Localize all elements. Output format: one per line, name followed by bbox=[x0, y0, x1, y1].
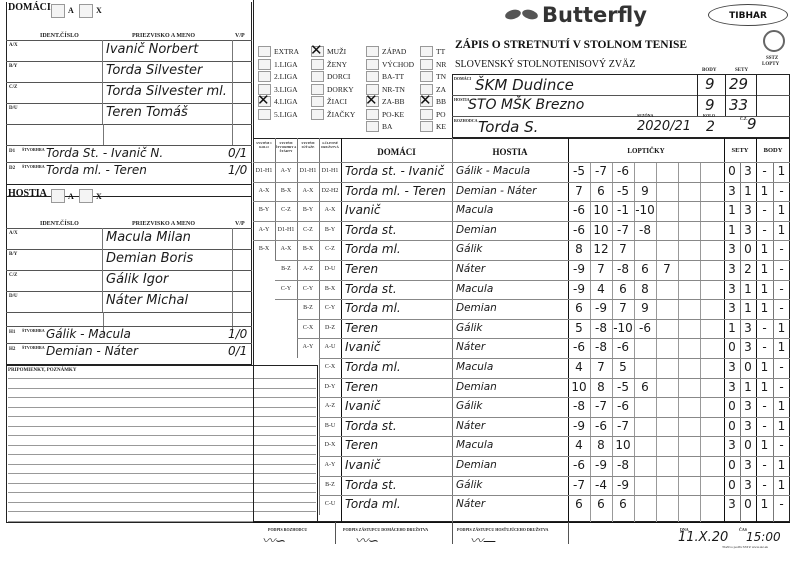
set-score[interactable]: -6 bbox=[612, 399, 634, 413]
away-player[interactable]: Demian bbox=[456, 459, 497, 471]
category-checkbox[interactable] bbox=[420, 71, 433, 82]
home-sets[interactable]: 0 bbox=[724, 419, 740, 433]
category-checkbox[interactable]: ✕ bbox=[258, 96, 271, 107]
home-sets[interactable]: 1 bbox=[724, 203, 740, 217]
away-sets[interactable]: 1 bbox=[740, 184, 756, 198]
away-sets[interactable]: 3 bbox=[740, 478, 756, 492]
home-point[interactable]: - bbox=[756, 419, 773, 433]
home-player[interactable]: Torda st. bbox=[345, 282, 397, 296]
home-sets[interactable]: 0 bbox=[724, 478, 740, 492]
form-subtitle: SLOVENSKÝ STOLNOTENISOVÝ ZVÄZ bbox=[455, 59, 635, 70]
category-checkbox[interactable] bbox=[258, 109, 271, 120]
home-sets[interactable]: 3 bbox=[724, 497, 740, 511]
category-checkbox[interactable] bbox=[366, 46, 379, 57]
set-score[interactable]: 10 bbox=[568, 380, 590, 394]
home-sets[interactable]: 0 bbox=[724, 340, 740, 354]
away-player[interactable]: Náter bbox=[456, 263, 485, 275]
doubles-result[interactable]: 1/0 bbox=[228, 327, 247, 341]
home-sets[interactable]: 0 bbox=[724, 458, 740, 472]
away-rep-signature[interactable]: 〰— bbox=[470, 530, 496, 549]
category-checkbox[interactable] bbox=[311, 84, 324, 95]
set-score[interactable]: 5 bbox=[568, 321, 590, 335]
away-sets[interactable]: 2 bbox=[740, 262, 756, 276]
home-player[interactable]: Torda ml. - Teren bbox=[345, 184, 446, 198]
system-pairing: C-Z bbox=[297, 227, 319, 233]
away-point[interactable]: 1 bbox=[773, 321, 790, 335]
home-point[interactable]: - bbox=[756, 203, 773, 217]
game-row: A-XB-XA-XD2-H2Torda ml. - TerenDemian - … bbox=[253, 182, 790, 202]
doubles-position: D2 bbox=[9, 166, 15, 171]
category-checkbox[interactable] bbox=[311, 96, 324, 107]
set-score[interactable]: 7 bbox=[590, 262, 612, 276]
set-score[interactable]: 7 bbox=[612, 242, 634, 256]
home-player[interactable]: Ivanič bbox=[345, 340, 381, 354]
category-checkbox[interactable] bbox=[366, 59, 379, 70]
away-player[interactable]: Gálik bbox=[456, 243, 483, 255]
home-team-label: DOMÁCI bbox=[454, 76, 471, 81]
player-name[interactable]: Demian Boris bbox=[106, 251, 193, 266]
home-option-x-label: X bbox=[96, 6, 102, 15]
divider bbox=[335, 522, 336, 544]
away-player[interactable]: Gálik bbox=[456, 322, 483, 334]
set-score[interactable]: -6 bbox=[612, 164, 634, 178]
system-pairing: D-Z bbox=[319, 325, 341, 331]
home-sets[interactable]: 3 bbox=[724, 262, 740, 276]
away-point[interactable]: - bbox=[773, 438, 790, 452]
date-value[interactable]: 11.X.20 bbox=[678, 530, 728, 545]
home-player[interactable]: Teren bbox=[345, 321, 378, 335]
away-sets[interactable]: 3 bbox=[740, 203, 756, 217]
home-sets[interactable]: 1 bbox=[724, 321, 740, 335]
category-label: 5.LIGA bbox=[274, 110, 298, 119]
home-sets[interactable]: 3 bbox=[724, 242, 740, 256]
set-score[interactable]: 9 bbox=[634, 184, 656, 198]
ident-number-field[interactable] bbox=[6, 249, 103, 270]
category-label: ZA bbox=[436, 85, 446, 94]
home-player[interactable]: Torda ml. bbox=[345, 242, 401, 256]
home-sets[interactable]: 0 bbox=[724, 399, 740, 413]
home-player-row: C/ZTorda Silvester ml. bbox=[6, 82, 252, 103]
set-score[interactable]: 6 bbox=[568, 301, 590, 315]
set-score[interactable]: 8 bbox=[590, 380, 612, 394]
category-checkbox[interactable]: ✕ bbox=[420, 96, 433, 107]
doubles-result[interactable]: 0/1 bbox=[228, 344, 247, 358]
home-sets[interactable]: 3 bbox=[724, 438, 740, 452]
home-sets[interactable]: 1 bbox=[724, 223, 740, 237]
set-score[interactable]: 4 bbox=[568, 360, 590, 374]
home-option-x-checkbox[interactable] bbox=[79, 4, 93, 18]
home-point[interactable]: 1 bbox=[756, 242, 773, 256]
away-player[interactable]: Gálik - Macula bbox=[456, 165, 530, 177]
set-score[interactable]: -7 bbox=[612, 419, 634, 433]
season-value[interactable]: 2020/21 bbox=[637, 119, 691, 134]
set-score[interactable]: 6 bbox=[634, 262, 656, 276]
away-point[interactable]: - bbox=[773, 184, 790, 198]
home-option-a-checkbox[interactable] bbox=[51, 4, 65, 18]
category-checkbox[interactable] bbox=[366, 109, 379, 120]
set-score[interactable]: 6 bbox=[612, 282, 634, 296]
home-body[interactable]: 9 bbox=[705, 75, 715, 93]
home-player[interactable]: Ivanič bbox=[345, 203, 381, 217]
set-score[interactable]: 9 bbox=[634, 301, 656, 315]
system-pairing: C-Y bbox=[319, 305, 341, 311]
category-label: 2.LIGA bbox=[274, 72, 298, 81]
brand-secondary: TIBHAR bbox=[729, 11, 767, 21]
home-point[interactable]: 1 bbox=[756, 282, 773, 296]
divider bbox=[725, 74, 726, 116]
set-score[interactable]: -10 bbox=[612, 321, 634, 335]
home-team-name[interactable]: ŠKM Dudince bbox=[475, 76, 574, 94]
category-checkbox[interactable] bbox=[311, 109, 324, 120]
game-row: D1-H1A-YD1-H1D1-H1Torda st. - IvaničGáli… bbox=[253, 162, 790, 182]
away-player[interactable]: Gálik bbox=[456, 400, 483, 412]
home-point[interactable]: 1 bbox=[756, 262, 773, 276]
divider bbox=[232, 124, 233, 145]
set-score[interactable]: -6 bbox=[590, 419, 612, 433]
ident-number-field[interactable] bbox=[6, 82, 103, 103]
set-score[interactable]: -6 bbox=[568, 203, 590, 217]
category-checkbox[interactable]: ✕ bbox=[311, 46, 324, 57]
set-score[interactable]: 6 bbox=[634, 380, 656, 394]
system-pairing: A-Z bbox=[319, 403, 341, 409]
set-score[interactable]: -9 bbox=[568, 419, 590, 433]
set-score[interactable]: -6 bbox=[612, 340, 634, 354]
away-point[interactable]: 1 bbox=[773, 419, 790, 433]
system-pairing: D-X bbox=[319, 442, 341, 448]
category-checkbox[interactable] bbox=[366, 121, 379, 132]
ident-number-field[interactable] bbox=[6, 228, 103, 249]
away-point[interactable]: - bbox=[773, 282, 790, 296]
home-point[interactable]: 1 bbox=[756, 438, 773, 452]
footer-credit: Tlačivo podľa SSTZ www.stz.sk bbox=[722, 545, 768, 549]
category-label: PO-KE bbox=[382, 110, 404, 119]
home-rep-signature[interactable]: 〰∽ bbox=[355, 530, 379, 549]
set-score[interactable]: -8 bbox=[590, 340, 612, 354]
doubles-pair[interactable]: Torda ml. - Teren bbox=[46, 163, 147, 177]
player-name[interactable]: Torda Silvester ml. bbox=[106, 84, 227, 99]
set-score[interactable]: -9 bbox=[568, 282, 590, 296]
divider bbox=[756, 74, 757, 116]
doubles-pair[interactable]: Gálik - Macula bbox=[46, 327, 131, 341]
category-label: ŽENY bbox=[327, 60, 347, 69]
home-point[interactable]: - bbox=[756, 321, 773, 335]
category-checkbox[interactable] bbox=[420, 46, 433, 57]
away-sets[interactable]: 0 bbox=[740, 497, 756, 511]
vp-field[interactable] bbox=[232, 40, 252, 61]
set-score[interactable]: -9 bbox=[568, 262, 590, 276]
set-score[interactable]: 5 bbox=[612, 360, 634, 374]
set-score[interactable]: 7 bbox=[656, 262, 678, 276]
set-score[interactable]: 8 bbox=[590, 438, 612, 452]
home-point[interactable]: - bbox=[756, 399, 773, 413]
away-point[interactable]: 1 bbox=[773, 399, 790, 413]
set-score[interactable]: -1 bbox=[612, 203, 634, 217]
away-sets[interactable]: 1 bbox=[740, 301, 756, 315]
vp-field[interactable] bbox=[232, 249, 252, 270]
away-sets[interactable]: 3 bbox=[740, 164, 756, 178]
home-player[interactable]: Torda ml. bbox=[345, 497, 401, 511]
set-score[interactable]: -7 bbox=[590, 164, 612, 178]
category-checkbox[interactable] bbox=[420, 121, 433, 132]
divider bbox=[568, 522, 569, 544]
category-checkbox[interactable] bbox=[311, 59, 324, 70]
set-score[interactable]: 8 bbox=[568, 242, 590, 256]
set-score[interactable]: -5 bbox=[612, 184, 634, 198]
lopticky-col-header: LOPTIČKY bbox=[568, 147, 724, 155]
notes-label: PRIPOMIENKY, POZNÁMKY bbox=[8, 368, 76, 373]
set-score[interactable]: -8 bbox=[612, 458, 634, 472]
player-name[interactable]: Ivanič Norbert bbox=[106, 42, 198, 57]
set-score[interactable]: -9 bbox=[590, 301, 612, 315]
system-pairing: A-U bbox=[319, 344, 341, 350]
vp-field[interactable] bbox=[232, 82, 252, 103]
home-player[interactable]: Torda ml. bbox=[345, 360, 401, 374]
body-col-header: BODY bbox=[756, 147, 790, 154]
doubles-pair[interactable]: Demian - Náter bbox=[46, 344, 138, 358]
referee-name[interactable]: Torda S. bbox=[478, 118, 538, 136]
system-pairing: D1-H1 bbox=[297, 168, 319, 174]
away-player[interactable]: Demian - Náter bbox=[456, 185, 536, 197]
home-col-header: DOMÁCI bbox=[341, 147, 452, 157]
set-score[interactable]: 6 bbox=[590, 184, 612, 198]
round-value[interactable]: 2 bbox=[706, 119, 715, 135]
home-point[interactable]: - bbox=[756, 458, 773, 472]
home-player[interactable]: Ivanič bbox=[345, 399, 381, 413]
home-player[interactable]: Torda st. bbox=[345, 223, 397, 237]
set-score[interactable]: 10 bbox=[590, 223, 612, 237]
category-checkbox[interactable] bbox=[258, 71, 271, 82]
category-checkbox[interactable] bbox=[420, 59, 433, 70]
player-name[interactable]: Náter Michal bbox=[106, 293, 188, 308]
system-pairing: A-Y bbox=[319, 462, 341, 468]
away-player[interactable]: Demian bbox=[456, 224, 497, 236]
home-point[interactable]: - bbox=[756, 340, 773, 354]
away-player[interactable]: Gálik bbox=[456, 479, 483, 491]
player-name[interactable]: Teren Tomáš bbox=[106, 105, 188, 120]
away-player[interactable]: Macula bbox=[456, 361, 493, 373]
away-sets[interactable]: 3 bbox=[740, 399, 756, 413]
home-doubles-row: D1ŠTVORHRATorda St. - Ivanič N.0/1 bbox=[6, 145, 252, 162]
set-score[interactable]: 6 bbox=[612, 497, 634, 511]
away-body[interactable]: 9 bbox=[705, 96, 715, 114]
set-score[interactable]: -9 bbox=[612, 478, 634, 492]
set-score[interactable]: 7 bbox=[568, 184, 590, 198]
game-row: A-YD1-H1C-ZB-YTorda st.Demian-610-7-813-… bbox=[253, 221, 790, 241]
set-score[interactable]: -10 bbox=[634, 203, 656, 217]
set-score[interactable]: -7 bbox=[590, 399, 612, 413]
ident-number-field[interactable] bbox=[6, 103, 103, 124]
season-label: SEZÓNA bbox=[637, 113, 653, 118]
home-sets[interactable]: 3 bbox=[724, 380, 740, 394]
set-score[interactable]: -4 bbox=[590, 478, 612, 492]
set-score[interactable]: -8 bbox=[612, 262, 634, 276]
away-point[interactable]: 1 bbox=[773, 164, 790, 178]
player-name[interactable]: Torda Silvester bbox=[106, 63, 202, 78]
category-label: ŽIACI bbox=[327, 97, 347, 106]
home-sets[interactable]: 3 bbox=[724, 184, 740, 198]
away-sets[interactable]: 3 bbox=[740, 419, 756, 433]
home-doubles-row: D2ŠTVORHRATorda ml. - Teren1/0 bbox=[6, 162, 252, 179]
away-sety[interactable]: 33 bbox=[729, 96, 748, 114]
system-pairing: B-Z bbox=[275, 266, 297, 272]
vp-field[interactable] bbox=[232, 291, 252, 312]
referee-signature[interactable]: 〰∽ bbox=[262, 530, 286, 549]
category-label: BB bbox=[436, 97, 446, 106]
away-player[interactable]: Náter bbox=[456, 420, 485, 432]
home-col-vp: V/P bbox=[235, 33, 245, 39]
ident-number-field[interactable] bbox=[6, 61, 103, 82]
set-score[interactable]: 7 bbox=[590, 360, 612, 374]
set-score[interactable]: 6 bbox=[590, 497, 612, 511]
home-sety[interactable]: 29 bbox=[729, 75, 748, 93]
home-point[interactable]: 1 bbox=[756, 497, 773, 511]
system-pairing: C-Z bbox=[319, 246, 341, 252]
home-point[interactable]: - bbox=[756, 478, 773, 492]
set-score[interactable]: -7 bbox=[612, 223, 634, 237]
category-checkbox[interactable] bbox=[258, 59, 271, 70]
away-point[interactable]: - bbox=[773, 497, 790, 511]
number-value[interactable]: 9 bbox=[747, 115, 757, 133]
away-sets[interactable]: 3 bbox=[740, 458, 756, 472]
category-checkbox[interactable] bbox=[366, 71, 379, 82]
vp-field[interactable] bbox=[232, 228, 252, 249]
away-player[interactable]: Demian bbox=[456, 302, 497, 314]
away-point[interactable]: 1 bbox=[773, 340, 790, 354]
ident-number-field[interactable] bbox=[6, 40, 103, 61]
set-score[interactable]: 8 bbox=[634, 282, 656, 296]
player-name[interactable]: Macula Milan bbox=[106, 230, 191, 245]
away-point[interactable]: 1 bbox=[773, 478, 790, 492]
vp-field[interactable] bbox=[232, 270, 252, 291]
game-row: D-XTerenMacula4810301- bbox=[253, 436, 790, 456]
home-player[interactable]: Torda st. bbox=[345, 419, 397, 433]
category-label: BA-TT bbox=[382, 72, 404, 81]
set-score[interactable]: -9 bbox=[590, 458, 612, 472]
home-player[interactable]: Torda ml. bbox=[345, 301, 401, 315]
home-sets[interactable]: 3 bbox=[724, 360, 740, 374]
set-score[interactable]: 4 bbox=[590, 282, 612, 296]
home-point[interactable]: 1 bbox=[756, 380, 773, 394]
away-point[interactable]: 1 bbox=[773, 458, 790, 472]
away-point[interactable]: 1 bbox=[773, 203, 790, 217]
category-checkbox[interactable] bbox=[311, 71, 324, 82]
set-score[interactable]: 4 bbox=[568, 438, 590, 452]
home-col-name: PRIEZVISKO A MENO bbox=[132, 33, 195, 39]
away-sets[interactable]: 0 bbox=[740, 438, 756, 452]
away-sets[interactable]: 1 bbox=[740, 282, 756, 296]
away-sets[interactable]: 3 bbox=[740, 223, 756, 237]
category-label: 3.LIGA bbox=[274, 85, 298, 94]
home-player[interactable]: Teren bbox=[345, 438, 378, 452]
home-point[interactable]: 1 bbox=[756, 360, 773, 374]
away-sets[interactable]: 3 bbox=[740, 321, 756, 335]
vp-field[interactable] bbox=[232, 103, 252, 124]
away-sets[interactable]: 0 bbox=[740, 242, 756, 256]
vp-field[interactable] bbox=[232, 61, 252, 82]
doubles-result[interactable]: 0/1 bbox=[228, 146, 247, 160]
away-player[interactable]: Náter bbox=[456, 341, 485, 353]
category-label: DORKY bbox=[327, 85, 354, 94]
game-row: A-YIvaničDemian-6-9-803-1 bbox=[253, 456, 790, 476]
away-doubles-row: H1ŠTVORHRAGálik - Macula1/0 bbox=[6, 326, 252, 343]
home-player[interactable]: Ivanič bbox=[345, 458, 381, 472]
game-row: C-UTorda ml.Náter666301- bbox=[253, 495, 790, 515]
home-sets[interactable]: 3 bbox=[724, 301, 740, 315]
game-row: C-YC-YB-XTorda st.Macula-9468311- bbox=[253, 280, 790, 300]
set-score[interactable]: -6 bbox=[568, 458, 590, 472]
doubles-pair[interactable]: Torda St. - Ivanič N. bbox=[46, 146, 163, 160]
category-checkbox[interactable]: ✕ bbox=[366, 96, 379, 107]
home-point[interactable]: - bbox=[756, 164, 773, 178]
away-player[interactable]: Macula bbox=[456, 204, 493, 216]
away-point[interactable]: - bbox=[773, 242, 790, 256]
home-sets[interactable]: 3 bbox=[724, 282, 740, 296]
away-point[interactable]: 1 bbox=[773, 223, 790, 237]
set-score[interactable]: 12 bbox=[590, 242, 612, 256]
away-sets[interactable]: 0 bbox=[740, 360, 756, 374]
set-score[interactable]: 7 bbox=[612, 301, 634, 315]
butterfly-wing-icon bbox=[504, 8, 522, 21]
home-point[interactable]: 1 bbox=[756, 301, 773, 315]
away-team-name[interactable]: STO MŠK Brezno bbox=[468, 97, 584, 113]
set-score[interactable]: -8 bbox=[568, 399, 590, 413]
set-score[interactable]: -6 bbox=[568, 340, 590, 354]
set-score[interactable]: -5 bbox=[612, 380, 634, 394]
ident-number-field[interactable] bbox=[6, 291, 103, 312]
category-label: TT bbox=[436, 47, 445, 56]
away-sets[interactable]: 1 bbox=[740, 380, 756, 394]
home-player[interactable]: Torda st. bbox=[345, 478, 397, 492]
set-score[interactable]: 10 bbox=[590, 203, 612, 217]
set-score[interactable]: -8 bbox=[634, 223, 656, 237]
home-col-ident: IDENT.ČÍSLO bbox=[40, 33, 79, 39]
round-label: KOLO bbox=[703, 113, 715, 118]
away-player[interactable]: Macula bbox=[456, 283, 493, 295]
set-score[interactable]: -6 bbox=[568, 223, 590, 237]
away-sets[interactable]: 3 bbox=[740, 340, 756, 354]
category-checkbox[interactable] bbox=[420, 109, 433, 120]
away-player[interactable]: Demian bbox=[456, 381, 497, 393]
home-point[interactable]: 1 bbox=[756, 184, 773, 198]
home-point[interactable]: - bbox=[756, 223, 773, 237]
category-checkbox[interactable] bbox=[258, 46, 271, 57]
home-player[interactable]: Torda st. - Ivanič bbox=[345, 164, 444, 178]
doubles-position: D1 bbox=[9, 149, 15, 154]
home-sets[interactable]: 0 bbox=[724, 164, 740, 178]
player-name[interactable]: Gálik Igor bbox=[106, 272, 168, 287]
set-score[interactable]: -6 bbox=[634, 321, 656, 335]
set-score[interactable]: 6 bbox=[568, 497, 590, 511]
ident-number-field[interactable] bbox=[6, 270, 103, 291]
set-score[interactable]: 10 bbox=[612, 438, 634, 452]
away-player[interactable]: Náter bbox=[456, 498, 485, 510]
set-score[interactable]: -5 bbox=[568, 164, 590, 178]
doubles-result[interactable]: 1/0 bbox=[228, 163, 247, 177]
away-point[interactable]: - bbox=[773, 360, 790, 374]
sstz-caption: SSTZ bbox=[766, 56, 778, 61]
away-player[interactable]: Macula bbox=[456, 439, 493, 451]
home-player[interactable]: Teren bbox=[345, 262, 378, 276]
category-label: ZA-BB bbox=[382, 97, 405, 106]
home-player[interactable]: Teren bbox=[345, 380, 378, 394]
set-score[interactable]: -7 bbox=[568, 478, 590, 492]
away-point[interactable]: - bbox=[773, 380, 790, 394]
set-score[interactable]: -8 bbox=[590, 321, 612, 335]
time-value[interactable]: 15:00 bbox=[746, 530, 781, 544]
system-pairing: A-X bbox=[297, 188, 319, 194]
away-point[interactable]: - bbox=[773, 301, 790, 315]
away-point[interactable]: - bbox=[773, 262, 790, 276]
